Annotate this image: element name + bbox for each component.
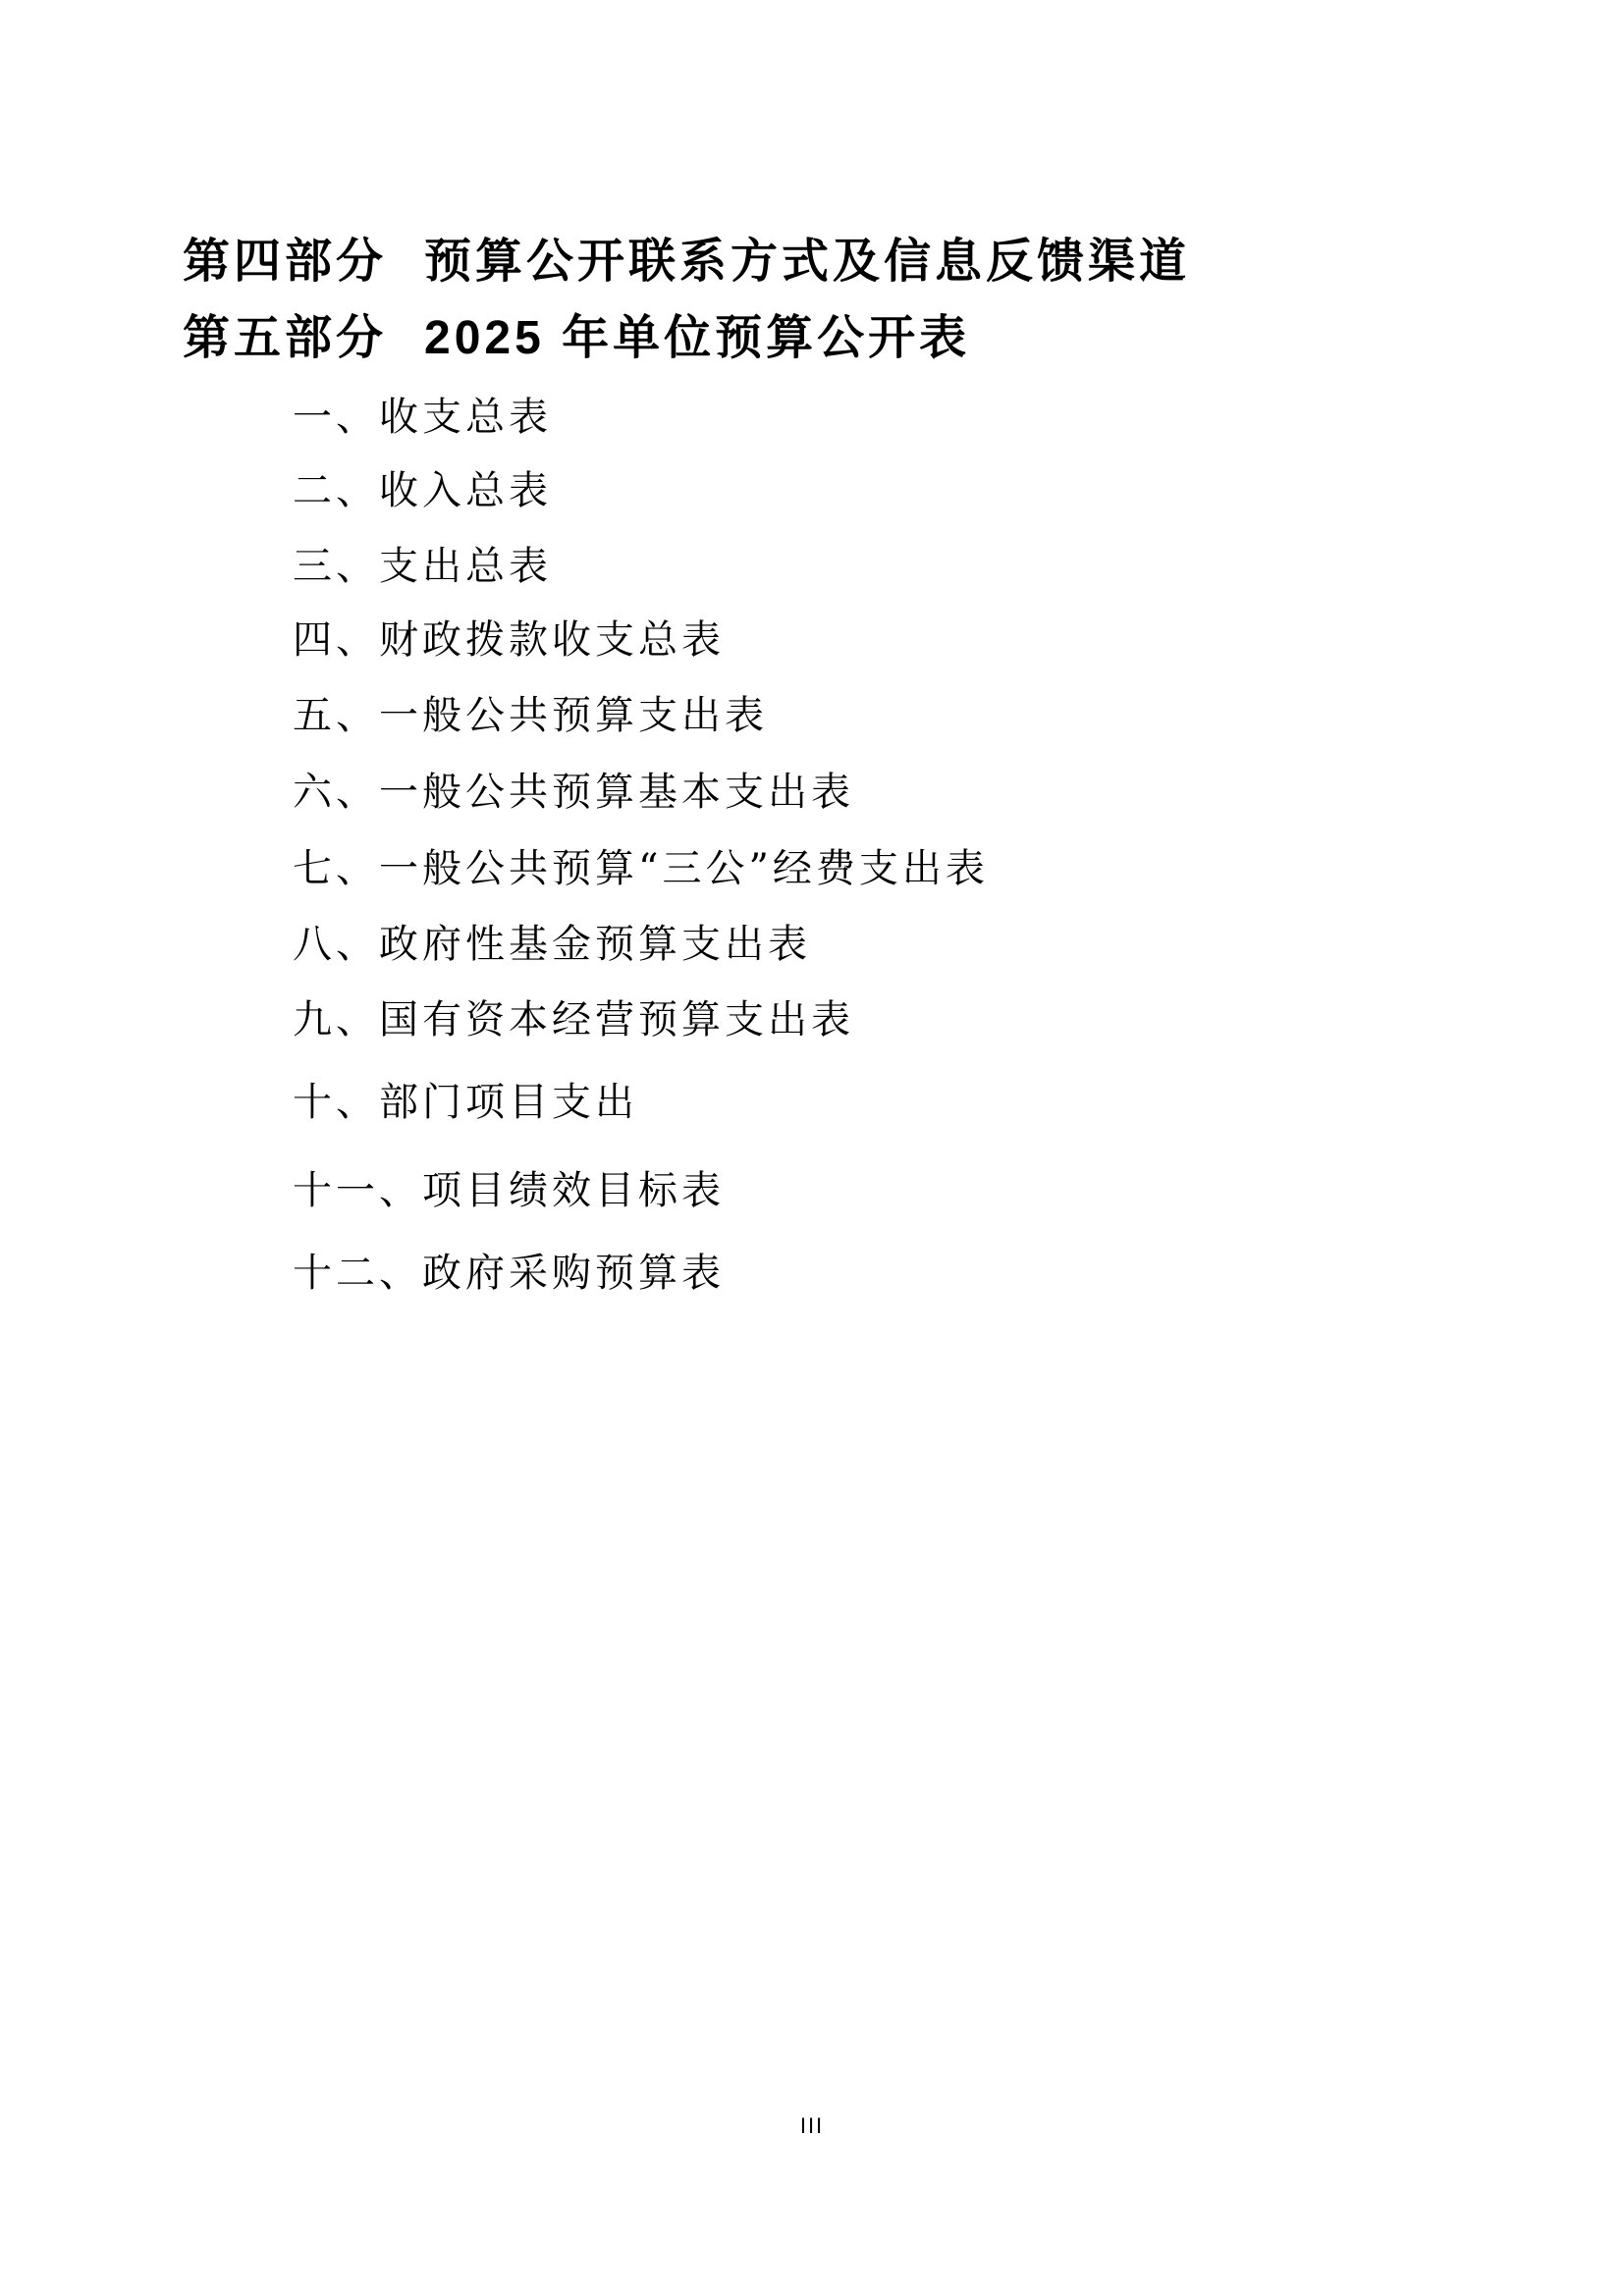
heading-spacer bbox=[387, 276, 424, 277]
page-footer: III bbox=[0, 2115, 1624, 2138]
page-number: III bbox=[800, 2113, 824, 2138]
toc-item-2: 二、收入总表 bbox=[293, 471, 552, 510]
section-heading-part5: 第五部分2025 年单位预算公开表 bbox=[183, 315, 970, 362]
toc-item-6: 六、一般公共预算基本支出表 bbox=[293, 773, 854, 812]
section-heading-part4: 第四部分预算公开联系方式及信息反馈渠道 bbox=[183, 239, 1190, 286]
section-heading-part4-number: 第四部分 bbox=[183, 236, 387, 288]
document-page: 第四部分预算公开联系方式及信息反馈渠道 第五部分2025 年单位预算公开表 一、… bbox=[0, 0, 1624, 2296]
toc-item-11: 十一、项目绩效目标表 bbox=[293, 1171, 725, 1210]
toc-item-7: 七、一般公共预算“三公”经费支出表 bbox=[293, 849, 989, 888]
heading-spacer bbox=[387, 352, 424, 353]
section-heading-part5-number: 第五部分 bbox=[183, 312, 387, 364]
toc-item-1: 一、收支总表 bbox=[293, 398, 552, 437]
toc-item-5: 五、一般公共预算支出表 bbox=[293, 696, 768, 735]
toc-item-9: 九、国有资本经营预算支出表 bbox=[293, 1000, 854, 1040]
toc-item-12: 十二、政府采购预算表 bbox=[293, 1254, 725, 1293]
toc-item-10: 十、部门项目支出 bbox=[293, 1083, 638, 1122]
toc-item-3: 三、支出总表 bbox=[293, 547, 552, 586]
toc-item-8: 八、政府性基金预算支出表 bbox=[293, 925, 811, 964]
section-heading-part5-title: 2025 年单位预算公开表 bbox=[424, 312, 970, 364]
section-heading-part4-title: 预算公开联系方式及信息反馈渠道 bbox=[424, 236, 1190, 288]
toc-item-4: 四、财政拨款收支总表 bbox=[293, 620, 725, 660]
